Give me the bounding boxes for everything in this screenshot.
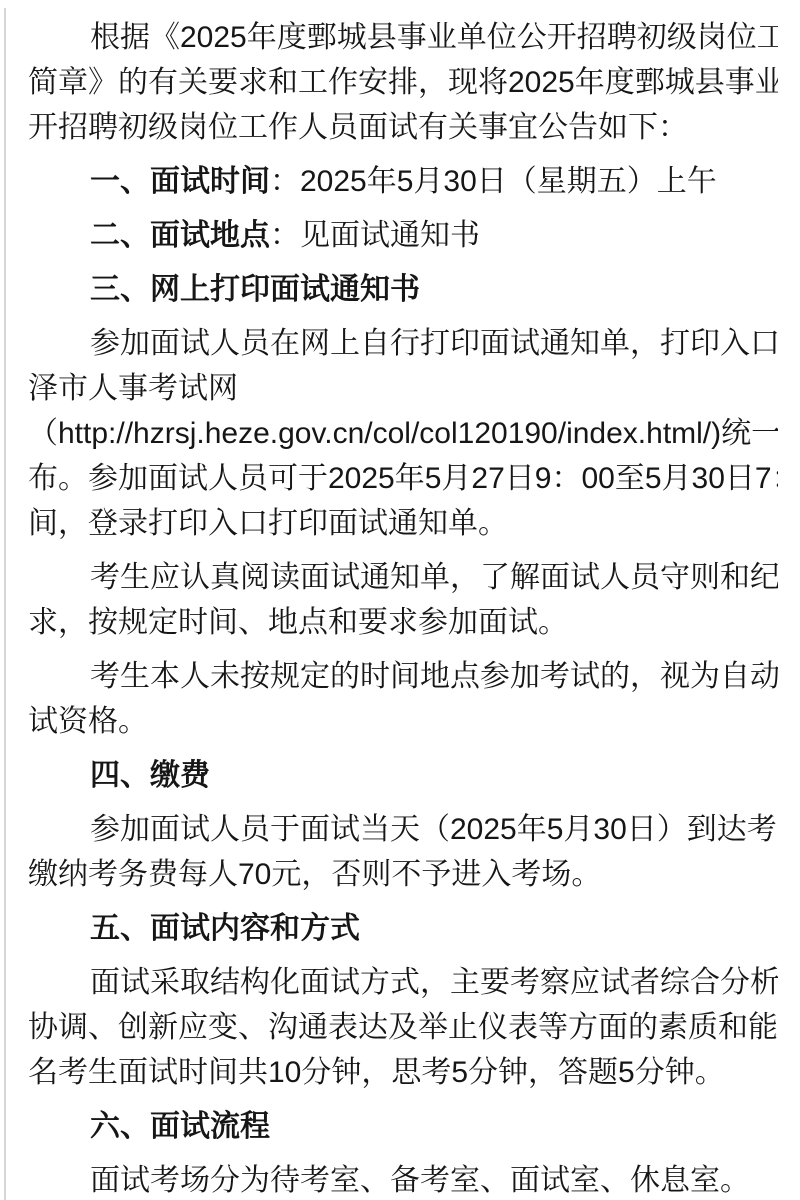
section-heading-interview-time: 一、面试时间：2025年5月30日（星期五）上午 — [28, 159, 778, 204]
paragraph-line: 参加面试人员在网上自行打印面试通知单，打印入口将在菏 — [28, 321, 778, 366]
section-heading-title: 五、面试内容和方式 — [90, 912, 360, 945]
print-notice-paragraph: 参加面试人员在网上自行打印面试通知单，打印入口将在菏 泽市人事考试网 （http… — [28, 321, 778, 546]
paragraph-line: 面试考场分为待考室、备考室、面试室、休息室。 — [28, 1158, 778, 1200]
paragraph-line: 考生本人未按规定的时间地点参加考试的，视为自动放弃面 — [28, 654, 778, 699]
content-method-paragraph: 面试采取结构化面试方式，主要考察应试者综合分析、组织 协调、创新应变、沟通表达及… — [28, 960, 778, 1095]
section-heading-print-notice: 三、网上打印面试通知书 — [28, 267, 778, 312]
paragraph-line: 协调、创新应变、沟通表达及举止仪表等方面的素质和能力。每 — [28, 1005, 778, 1050]
section-heading-title: 六、面试流程 — [90, 1110, 270, 1143]
paragraph-line: 面试采取结构化面试方式，主要考察应试者综合分析、组织 — [28, 960, 778, 1005]
paragraph-line: 间，登录打印入口打印面试通知单。 — [28, 501, 778, 546]
forfeit-paragraph: 考生本人未按规定的时间地点参加考试的，视为自动放弃面 试资格。 — [28, 654, 778, 744]
payment-paragraph: 参加面试人员于面试当天（2025年5月30日）到达考点后须 缴纳考务费每人70元… — [28, 807, 778, 897]
paragraph-line: 缴纳考务费每人70元，否则不予进入考场。 — [28, 852, 778, 897]
section-heading-title: 一、面试时间 — [90, 165, 270, 198]
screen-left-edge-line — [4, 8, 6, 1200]
procedure-paragraph: 面试考场分为待考室、备考室、面试室、休息室。 — [28, 1158, 778, 1200]
section-heading-title: 二、面试地点 — [90, 219, 270, 252]
intro-paragraph: 根据《2025年度鄄城县事业单位公开招聘初级岗位工作人员 简章》的有关要求和工作… — [28, 15, 778, 150]
print-entry-url-line: （http://hzrsj.heze.gov.cn/col/col120190/… — [28, 411, 778, 456]
section-heading-content-method: 五、面试内容和方式 — [28, 906, 778, 951]
paragraph-line: 泽市人事考试网 — [28, 366, 778, 411]
paragraph-line: 参加面试人员于面试当天（2025年5月30日）到达考点后须 — [28, 807, 778, 852]
section-heading-title: 四、缴费 — [90, 759, 210, 792]
paragraph-line: 开招聘初级岗位工作人员面试有关事宜公告如下： — [28, 105, 778, 150]
paragraph-line: 简章》的有关要求和工作安排，现将2025年度鄄城县事业单位公 — [28, 60, 778, 105]
section-heading-title: 三、网上打印面试通知书 — [90, 273, 420, 306]
section-heading-value: ：2025年5月30日（星期五）上午 — [270, 165, 717, 198]
paragraph-line: 名考生面试时间共10分钟，思考5分钟，答题5分钟。 — [28, 1050, 778, 1095]
paragraph-line: 根据《2025年度鄄城县事业单位公开招聘初级岗位工作人员 — [28, 15, 778, 60]
section-heading-interview-location: 二、面试地点：见面试通知书 — [28, 213, 778, 258]
paragraph-line: 考生应认真阅读面试通知单，了解面试人员守则和纪律要 — [28, 555, 778, 600]
paragraph-line: 试资格。 — [28, 699, 778, 744]
section-heading-payment: 四、缴费 — [28, 753, 778, 798]
section-heading-value: ：见面试通知书 — [270, 219, 480, 252]
announcement-document: 根据《2025年度鄄城县事业单位公开招聘初级岗位工作人员 简章》的有关要求和工作… — [0, 0, 800, 1200]
paragraph-line: 求，按规定时间、地点和要求参加面试。 — [28, 600, 778, 645]
section-heading-procedure: 六、面试流程 — [28, 1104, 778, 1149]
paragraph-line: 布。参加面试人员可于2025年5月27日9：00至5月30日7：30期 — [28, 456, 778, 501]
read-notice-paragraph: 考生应认真阅读面试通知单，了解面试人员守则和纪律要 求，按规定时间、地点和要求参… — [28, 555, 778, 645]
